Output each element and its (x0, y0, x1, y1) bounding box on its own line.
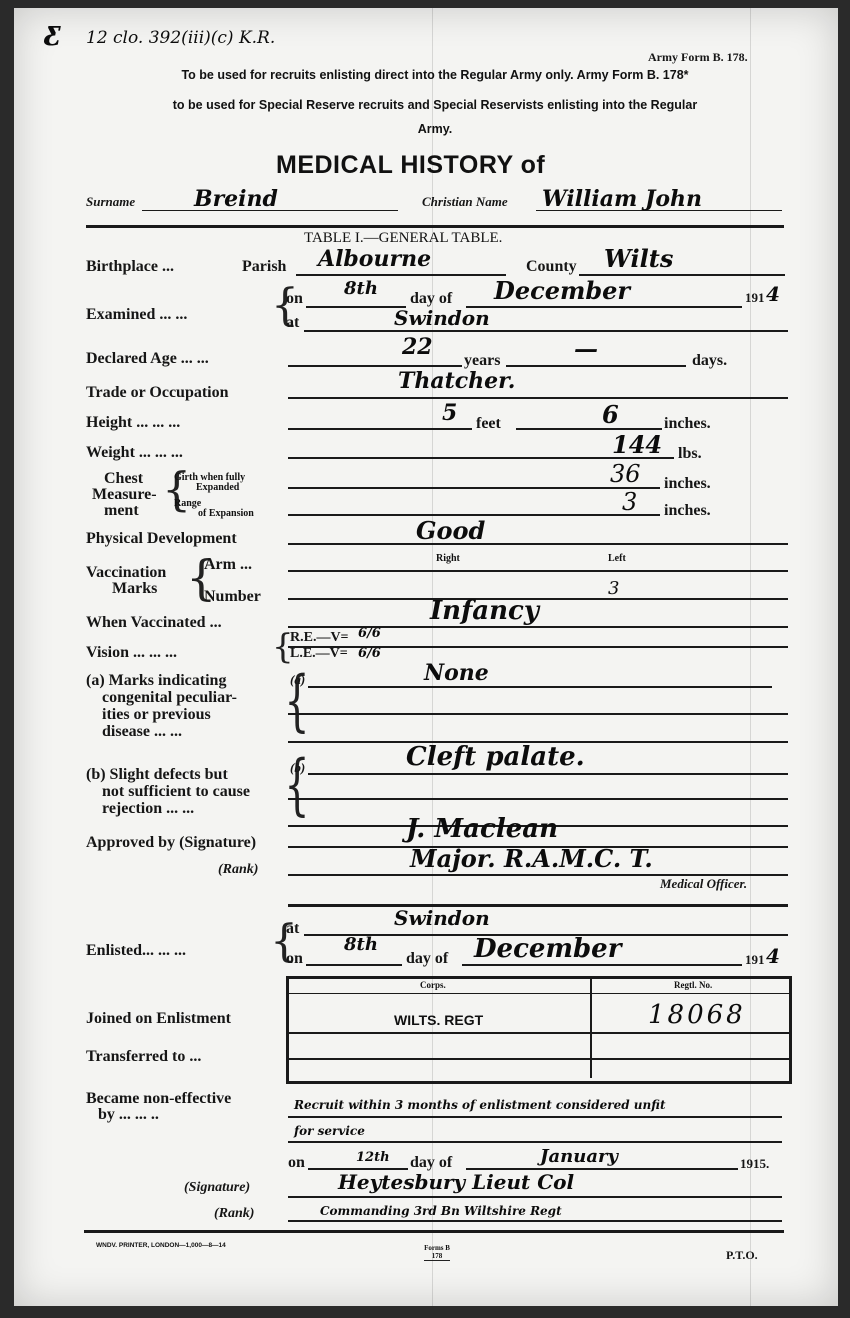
marks-a-label-3: ities or previous (102, 706, 211, 723)
divider-approved (288, 904, 788, 907)
age-years-value: 22 (402, 334, 433, 360)
non-effective-signature-line (288, 1196, 782, 1198)
non-effective-month-value: January (540, 1146, 618, 1167)
printer-imprint: WNDV. PRINTER, LONDON—1,000—8—14 (96, 1242, 226, 1249)
chest-label-3: ment (104, 502, 139, 520)
physical-development-line (288, 543, 788, 545)
non-effective-signature-value: Heytesbury Lieut Col (338, 1170, 574, 1194)
joined-corps-value: WILTS. REGT (394, 1012, 483, 1028)
physical-development-value: Good (416, 516, 485, 545)
birthplace-label: Birthplace ... (86, 258, 174, 276)
parish-label: Parish (242, 258, 286, 276)
non-effective-day-value: 12th (356, 1150, 390, 1165)
chest-range-value: 3 (622, 488, 637, 516)
non-effective-reason-2: for service (294, 1124, 365, 1138)
enlisted-day-line (306, 964, 402, 966)
surname-label: Surname (86, 194, 135, 210)
page-title: MEDICAL HISTORY of (276, 151, 545, 180)
corps-row-line-1 (289, 1032, 789, 1034)
marks-a-value: None (424, 660, 489, 686)
non-effective-year-value: 1915. (740, 1156, 769, 1172)
height-feet-value: 5 (442, 400, 457, 426)
christian-name-value: William John (542, 186, 702, 212)
age-days-label: days. (692, 352, 727, 370)
enlisted-day-value: 8th (344, 934, 378, 955)
approved-rank-label: (Rank) (218, 862, 258, 878)
girth-label-2: Expanded (196, 482, 239, 493)
chest-range-unit: inches. (664, 502, 711, 520)
enlisted-year-suffix: 4 (766, 944, 780, 968)
examined-month-value: December (494, 276, 630, 305)
marks-a-label-4: disease ... ... (102, 723, 182, 740)
table-title: TABLE I.—GENERAL TABLE. (304, 230, 502, 247)
declared-age-label: Declared Age ... ... (86, 350, 209, 368)
instruction-line-2: to be used for Special Reserve recruits … (80, 98, 790, 112)
approved-signature-label: Approved by (Signature) (86, 834, 256, 852)
corps-header-line (289, 993, 789, 994)
examined-year-prefix: 191 (745, 290, 765, 306)
defects-b-prefix: (b) (290, 760, 305, 776)
height-feet-label: feet (476, 415, 501, 433)
vaccination-number-left-value: 3 (608, 578, 619, 599)
defects-b-label-2: not sufficient to cause (102, 783, 250, 800)
vaccination-number-label: Number (204, 588, 261, 606)
defects-b-line-1 (308, 773, 788, 775)
age-days-line (506, 365, 686, 367)
instruction-line-3: Army. (80, 122, 790, 136)
divider-bottom (84, 1230, 784, 1233)
age-days-value: — (574, 334, 598, 363)
examined-on-label: on (286, 290, 303, 308)
non-effective-rank-label: (Rank) (214, 1206, 254, 1222)
weight-unit: lbs. (678, 445, 702, 463)
physical-development-label: Physical Development (86, 530, 237, 548)
instruction-line-1: To be used for recruits enlisting direct… (80, 68, 790, 82)
vaccination-right-label: Right (436, 553, 460, 564)
non-effective-line-2 (288, 1141, 782, 1143)
age-years-line (288, 365, 462, 367)
vision-le-value: 6/6 (358, 646, 381, 661)
non-effective-line-1 (288, 1116, 782, 1118)
enlisted-at-label: at (286, 920, 299, 938)
non-effective-reason-1: Recruit within 3 months of enlistment co… (294, 1098, 666, 1112)
defects-b-label-1: (b) Slight defects but (86, 766, 228, 783)
when-vaccinated-label: When Vaccinated ... (86, 614, 222, 632)
non-effective-rank-value: Commanding 3rd Bn Wiltshire Regt (320, 1204, 562, 1218)
joined-enlistment-label: Joined on Enlistment (86, 1010, 231, 1028)
christian-name-label: Christian Name (422, 194, 508, 210)
height-feet-line (288, 428, 472, 430)
enlisted-label: Enlisted... ... ... (86, 942, 186, 960)
occupation-label: Trade or Occupation (86, 384, 229, 402)
vision-re-label: R.E.—V= (290, 630, 349, 646)
examined-place-line (304, 330, 788, 332)
parish-line (296, 274, 506, 276)
height-label: Height ... ... ... (86, 414, 180, 432)
marks-a-line-2 (288, 713, 788, 715)
chest-girth-line (288, 487, 660, 489)
county-label: County (526, 258, 577, 276)
chest-girth-unit: inches. (664, 475, 711, 493)
height-inches-label: inches. (664, 415, 711, 433)
vaccination-label-2: Marks (112, 580, 157, 598)
defects-b-line-2 (288, 798, 788, 800)
enlisted-month-value: December (474, 934, 621, 964)
marks-a-label-2: congenital peculiar- (102, 689, 237, 706)
transferred-label: Transferred to ... (86, 1048, 201, 1066)
weight-label: Weight ... ... ... (86, 444, 183, 462)
corps-header: Corps. (420, 980, 446, 990)
medical-history-form: Ƹ 12 clo. 392(iii)(c) K.R. Army Form B. … (14, 8, 838, 1306)
occupation-line (288, 397, 788, 399)
enlisted-on-label: on (286, 950, 303, 968)
vaccination-arm-label: Arm ... (204, 556, 252, 574)
enlisted-place-value: Swindon (394, 906, 490, 930)
surname-value: Breind (194, 186, 278, 212)
corps-row-line-2 (289, 1058, 789, 1060)
chest-girth-value: 36 (610, 460, 641, 488)
enlisted-year-prefix: 191 (745, 952, 765, 968)
approved-signature-value: J. Maclean (406, 814, 558, 844)
enlisted-month-line (462, 964, 742, 966)
non-effective-signature-label: (Signature) (184, 1180, 250, 1196)
non-effective-on-label: on (288, 1154, 305, 1172)
examined-day-line (306, 306, 406, 308)
defects-b-label-3: rejection ... ... (102, 800, 194, 817)
examined-label: Examined ... ... (86, 306, 187, 324)
regt-no-header: Regtl. No. (674, 980, 712, 990)
height-inches-value: 6 (602, 400, 619, 429)
vaccination-arm-line (288, 570, 788, 572)
examined-year-suffix: 4 (766, 282, 780, 306)
examined-day-value: 8th (344, 278, 378, 299)
when-vaccinated-value: Infancy (430, 596, 539, 626)
forms-mark: Forms B 178 (424, 1244, 450, 1261)
vision-re-value: 6/6 (358, 626, 381, 641)
vision-le-label: L.E.—V= (290, 646, 348, 662)
parish-value: Albourne (318, 246, 431, 272)
weight-value: 144 (612, 430, 662, 459)
medical-officer-label: Medical Officer. (660, 876, 747, 892)
examined-month-line (466, 306, 742, 308)
marks-a-prefix: (a) (290, 672, 305, 688)
county-value: Wilts (604, 244, 673, 273)
marks-a-line-1 (308, 686, 772, 688)
vision-label: Vision ... ... ... (86, 644, 177, 662)
approved-rank-value: Major. R.A.M.C. T. (410, 844, 653, 873)
pto-label: P.T.O. (726, 1248, 758, 1263)
non-effective-rank-line (288, 1220, 782, 1222)
non-effective-label-2: by ... ... .. (98, 1106, 159, 1124)
occupation-value: Thatcher. (398, 368, 515, 394)
examined-at-label: at (286, 314, 299, 332)
paper-fold-line (750, 8, 751, 1306)
reference-annotation: 12 clo. 392(iii)(c) K.R. (86, 28, 275, 48)
clerk-mark-icon: Ƹ (44, 22, 61, 52)
joined-regt-no-value: 18068 (648, 1000, 746, 1030)
divider-top (86, 225, 784, 228)
defects-b-value: Cleft palate. (406, 742, 585, 772)
marks-a-label-1: (a) Marks indicating (86, 672, 226, 689)
examined-place-value: Swindon (394, 306, 490, 330)
vaccination-left-label: Left (608, 553, 626, 564)
range-label-2: of Expansion (198, 508, 254, 519)
form-number: Army Form B. 178. (648, 50, 748, 65)
enlisted-day-of-label: day of (406, 950, 448, 968)
